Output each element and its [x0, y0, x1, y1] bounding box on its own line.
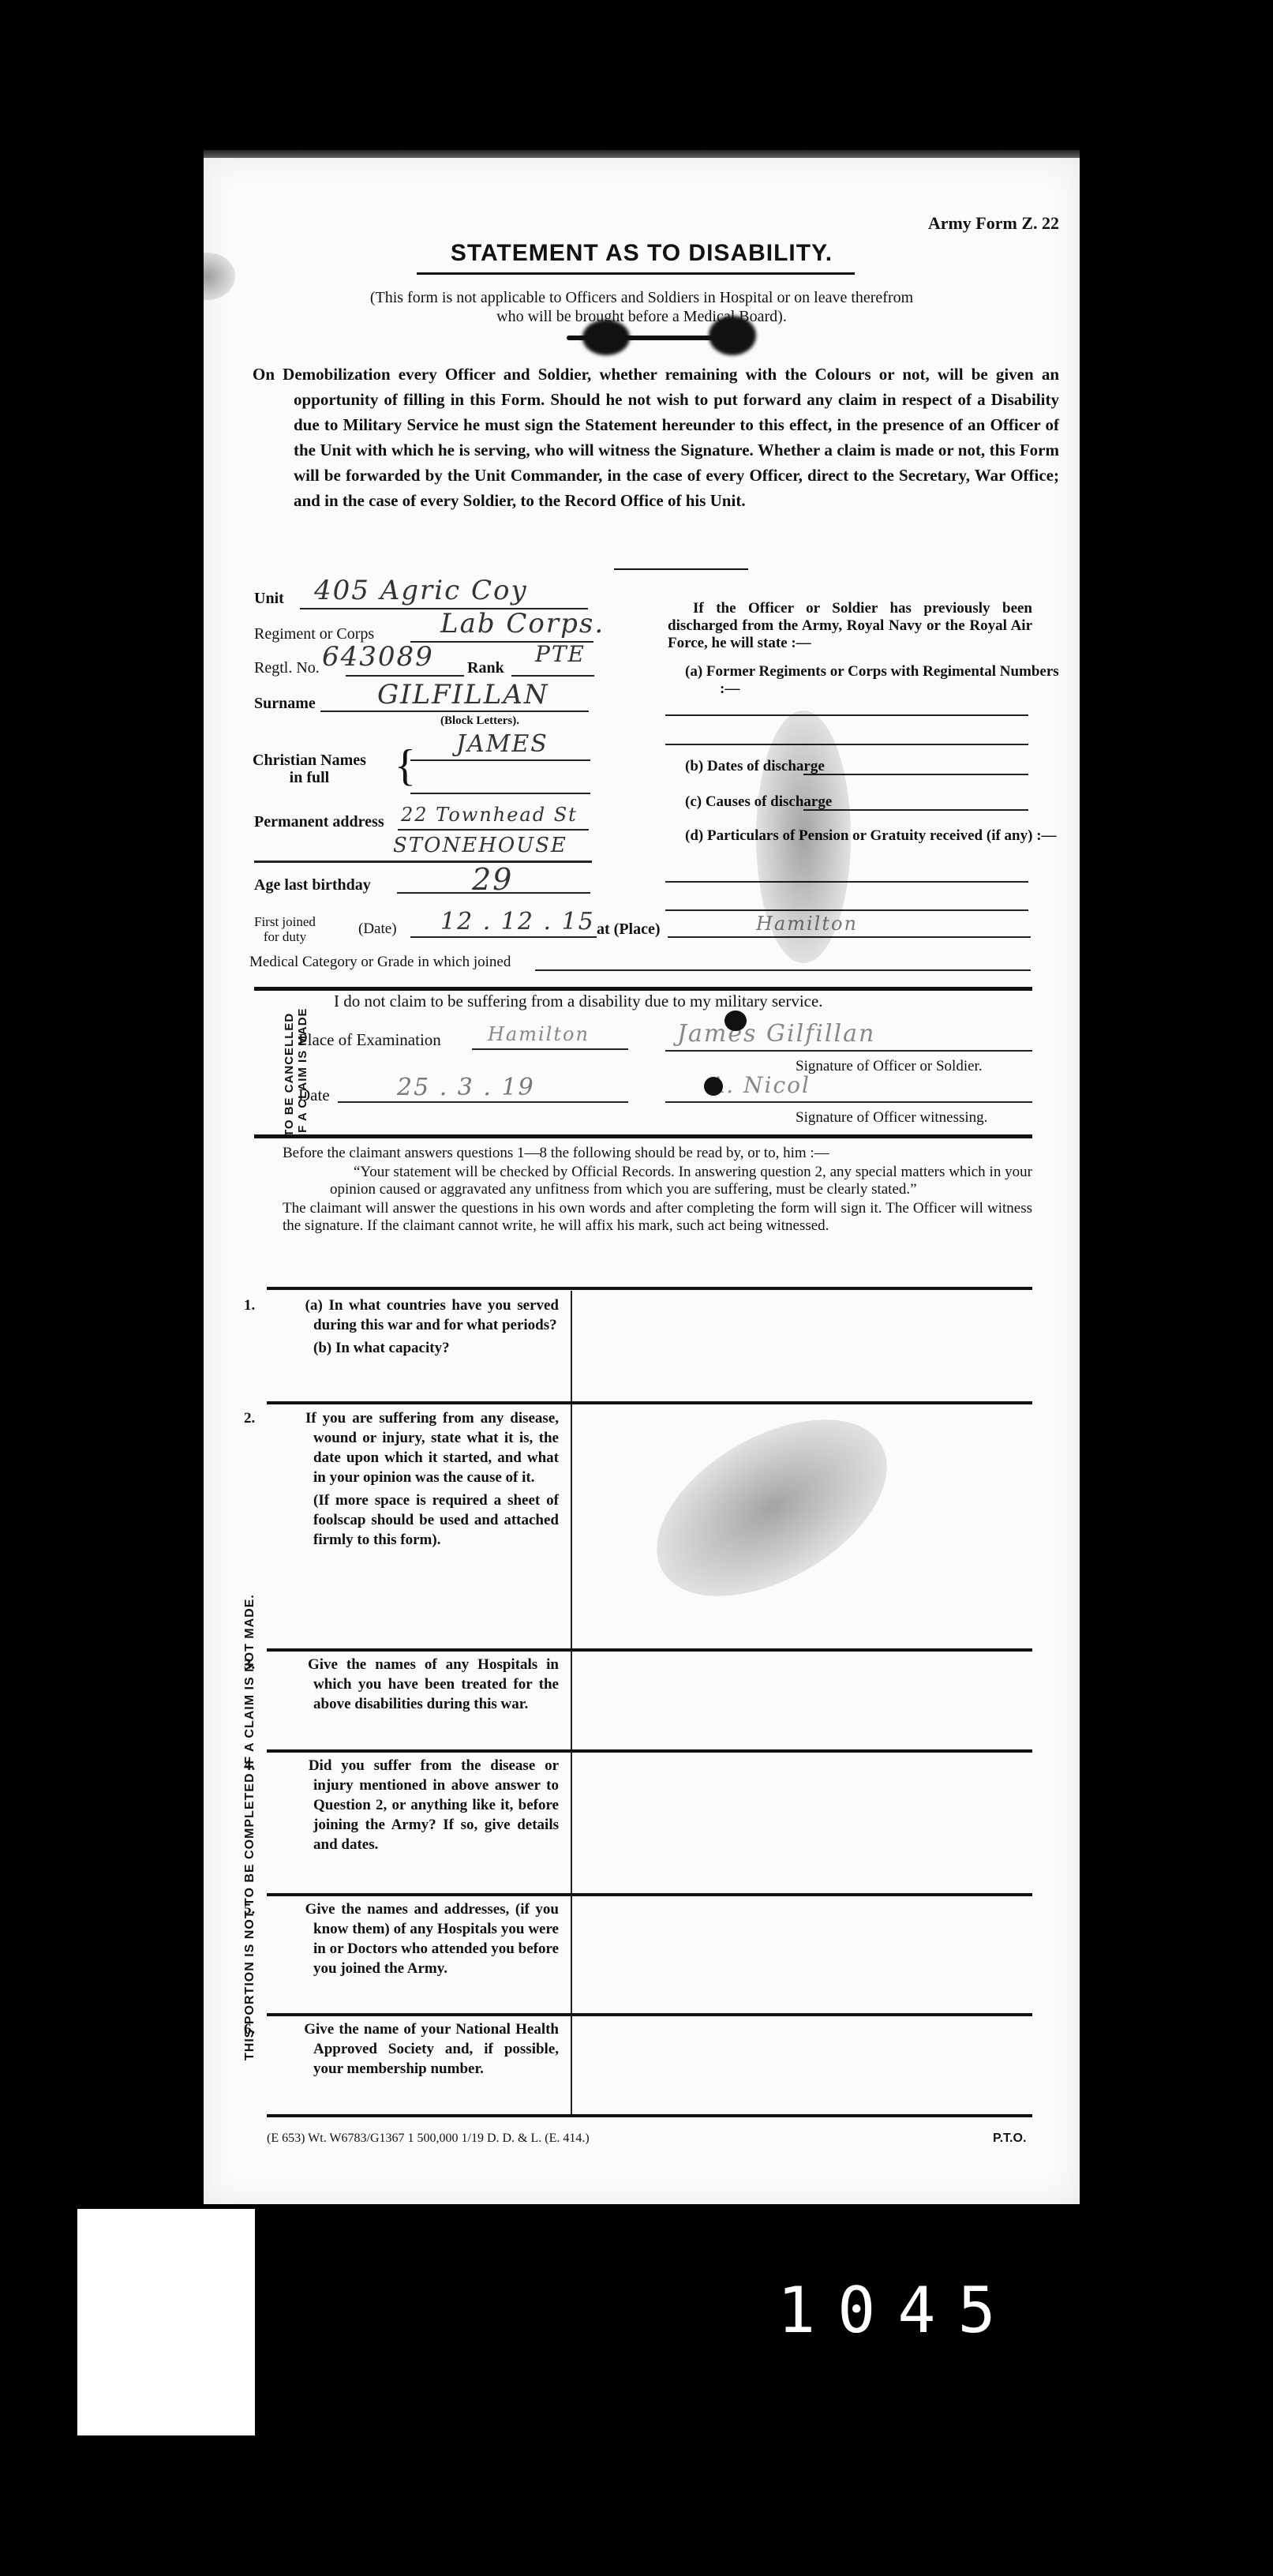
document-page: Army Form Z. 22 STATEMENT AS TO DISABILI… [204, 158, 1080, 2204]
question-label: Give the names and addresses, (if you kn… [305, 1901, 559, 1977]
place-of-examination-label: Place of Examination [298, 1030, 441, 1050]
question-divider [267, 2114, 1032, 2117]
rank-field[interactable]: PTE [535, 641, 586, 667]
print-code: (E 653) Wt. W6783/G1367 1 500,000 1/19 D… [267, 2132, 590, 2146]
question-number: 1. [279, 1295, 299, 1315]
question-label: (a) In what countries have you served du… [305, 1297, 559, 1333]
applicability-note-line2: who will be brought before a Medical Boa… [283, 307, 1001, 326]
place-of-examination-line [472, 1048, 628, 1050]
cancel-note-line2: IF A CLAIM IS MADE [296, 1007, 309, 1137]
christian-names-label: Christian Names in full [253, 752, 366, 786]
question-text: 1. (a) In what countries have you served… [279, 1295, 559, 1335]
address-label: Permanent address [254, 813, 384, 831]
regtl-no-label: Regtl. No. [254, 659, 320, 677]
question-row: 4. Did you suffer from the disease or in… [279, 1756, 559, 1854]
unit-label: Unit [254, 590, 284, 608]
question-text: 6. Give the name of your National Health… [279, 2019, 559, 2079]
question-text: 2. If you are suffering from any disease… [279, 1408, 559, 1487]
joined-place-label: at (Place) [597, 921, 661, 939]
christian-names-label-line1: Christian Names [253, 752, 366, 769]
divider [614, 568, 748, 570]
surname-field-line [320, 711, 589, 712]
form-number: Army Form Z. 22 [928, 213, 1059, 234]
former-regiments-label: (a) Former Regiments or Corps with Regim… [685, 663, 1067, 698]
demobilization-instructions: On Demobilization every Officer and Sold… [253, 362, 1059, 513]
christian-names-field[interactable]: JAMES [456, 730, 549, 758]
cancel-note-vertical: TO BE CANCELLED IF A CLAIM IS MADE [283, 1007, 309, 1137]
ink-blot [704, 1077, 723, 1096]
no-claim-statement: I do not claim to be suffering from a di… [334, 992, 823, 1011]
page-title: STATEMENT AS TO DISABILITY. [204, 240, 1080, 267]
ink-smudge [756, 711, 851, 963]
instructions-quote: “Your statement will be checked by Offic… [283, 1164, 1032, 1198]
discharge-intro: If the Officer or Soldier has previously… [668, 600, 1032, 652]
regiment-field[interactable]: Lab Corps. [440, 608, 605, 639]
demobilization-text: On Demobilization every Officer and Sold… [253, 362, 1059, 513]
ink-blot [724, 1011, 747, 1031]
instructions-line1: Before the claimant answers questions 1—… [283, 1145, 1032, 1162]
rank-label: Rank [467, 659, 504, 677]
date-field[interactable]: 25 . 3 . 19 [397, 1074, 535, 1101]
question-label: Give the name of your National Health Ap… [304, 2021, 559, 2077]
age-label: Age last birthday [254, 876, 371, 894]
question-label: Give the names of any Hospitals in which… [308, 1656, 559, 1712]
question-row: 5. Give the names and addresses, (if you… [279, 1899, 559, 1978]
instructions-block: Before the claimant answers questions 1—… [283, 1145, 1032, 1235]
question-row: 1. (a) In what countries have you served… [279, 1295, 559, 1358]
instructions-line2: The claimant will answer the questions i… [283, 1200, 1032, 1235]
soldier-signature-line [665, 1050, 1032, 1052]
address-field-line2[interactable]: STONEHOUSE [393, 834, 567, 857]
question-text: 4. Did you suffer from the disease or in… [279, 1756, 559, 1854]
column-divider [571, 1650, 572, 1749]
answer-field[interactable] [575, 1291, 1028, 1401]
regtl-no-field[interactable]: 643089 [322, 641, 434, 673]
surname-label: Surname [254, 695, 316, 713]
place-of-examination-field[interactable]: Hamilton [488, 1023, 590, 1045]
question-sub-label: (If more space is required a sheet of fo… [279, 1490, 559, 1550]
officer-signature-line [665, 1101, 1032, 1103]
officer-signature[interactable]: A. Nicol [709, 1072, 811, 1098]
question-row: 3. Give the names of any Hospitals in wh… [279, 1655, 559, 1714]
age-field[interactable]: 29 [472, 862, 513, 897]
first-joined-label-line1: First joined [254, 914, 316, 929]
date-line [338, 1101, 628, 1103]
question-row: 2. If you are suffering from any disease… [279, 1408, 559, 1550]
pto-label: P.T.O. [993, 2132, 1026, 2146]
former-regiments-line2[interactable] [665, 744, 1028, 745]
medical-category-label: Medical Category or Grade in which joine… [249, 954, 511, 971]
regtl-no-field-line [346, 675, 464, 677]
column-divider [571, 1404, 572, 1648]
title-underline [417, 272, 855, 275]
cancel-note-line1: TO BE CANCELLED [283, 1007, 296, 1137]
brace: { [395, 744, 416, 788]
applicability-note: (This form is not applicable to Officers… [283, 288, 1001, 326]
question-number: 3. [279, 1655, 299, 1674]
pension-particulars-label: (d) Particulars of Pension or Gratuity r… [685, 827, 1061, 845]
block-letters-note: (Block Letters). [440, 714, 519, 728]
soldier-signature-label: Signature of Officer or Soldier. [796, 1058, 983, 1075]
question-label: Did you suffer from the disease or injur… [309, 1757, 559, 1853]
section-divider [254, 1134, 1032, 1138]
former-regiments-line1[interactable] [665, 714, 1028, 716]
question-number: 4. [279, 1756, 299, 1775]
question-text: 5. Give the names and addresses, (if you… [279, 1899, 559, 1978]
question-sub-label: (b) In what capacity? [279, 1338, 559, 1358]
question-number: 6. [279, 2019, 299, 2039]
discharge-intro-text: If the Officer or Soldier has previously… [668, 600, 1032, 652]
ink-smudge [180, 253, 235, 300]
divider [567, 336, 744, 340]
joined-date-line [410, 936, 597, 938]
rank-field-line [511, 675, 594, 677]
address-field-line1[interactable]: 22 Townhead St [401, 804, 578, 826]
answer-field[interactable] [575, 2015, 1028, 2114]
question-number: 2. [279, 1408, 299, 1428]
christian-names-line2 [410, 793, 590, 794]
unit-field[interactable]: 405 Agric Coy [314, 575, 528, 606]
white-slip [77, 2209, 255, 2435]
date-label: Date [298, 1086, 330, 1105]
medical-category-field[interactable] [535, 969, 1031, 971]
column-divider [571, 2015, 572, 2114]
column-divider [571, 1895, 572, 2013]
christian-names-label-line2: in full [253, 769, 366, 786]
soldier-signature[interactable]: James Gilfillan [677, 1020, 875, 1048]
question-text: 3. Give the names of any Hospitals in wh… [279, 1655, 559, 1714]
answer-field[interactable] [575, 1650, 1028, 1749]
first-joined-label: First joined for duty [254, 914, 316, 944]
joined-place-line [668, 936, 1031, 938]
applicability-note-line1: (This form is not applicable to Officers… [283, 288, 1001, 307]
joined-date-field[interactable]: 12 . 12 . 15 [440, 908, 595, 936]
pension-line2[interactable] [665, 909, 1028, 911]
column-divider [571, 1291, 572, 1401]
answer-field[interactable] [575, 1751, 1028, 1893]
section-divider [254, 987, 1032, 991]
question-divider [267, 1287, 1032, 1290]
column-divider [571, 1751, 572, 1893]
address-line1-rule [398, 829, 589, 831]
answer-field[interactable] [575, 1895, 1028, 2013]
question-number: 5. [279, 1899, 299, 1919]
officer-signature-label: Signature of Officer witnessing. [796, 1109, 987, 1127]
question-row: 6. Give the name of your National Health… [279, 2019, 559, 2079]
address-line2-rule [254, 861, 592, 863]
joined-date-label: (Date) [358, 921, 397, 938]
frame-counter: 1045 [777, 2274, 1018, 2347]
first-joined-label-line2: for duty [254, 929, 316, 944]
christian-names-line1 [410, 759, 590, 761]
surname-field[interactable]: GILFILLAN [377, 679, 549, 711]
question-label: If you are suffering from any disease, w… [305, 1410, 559, 1486]
